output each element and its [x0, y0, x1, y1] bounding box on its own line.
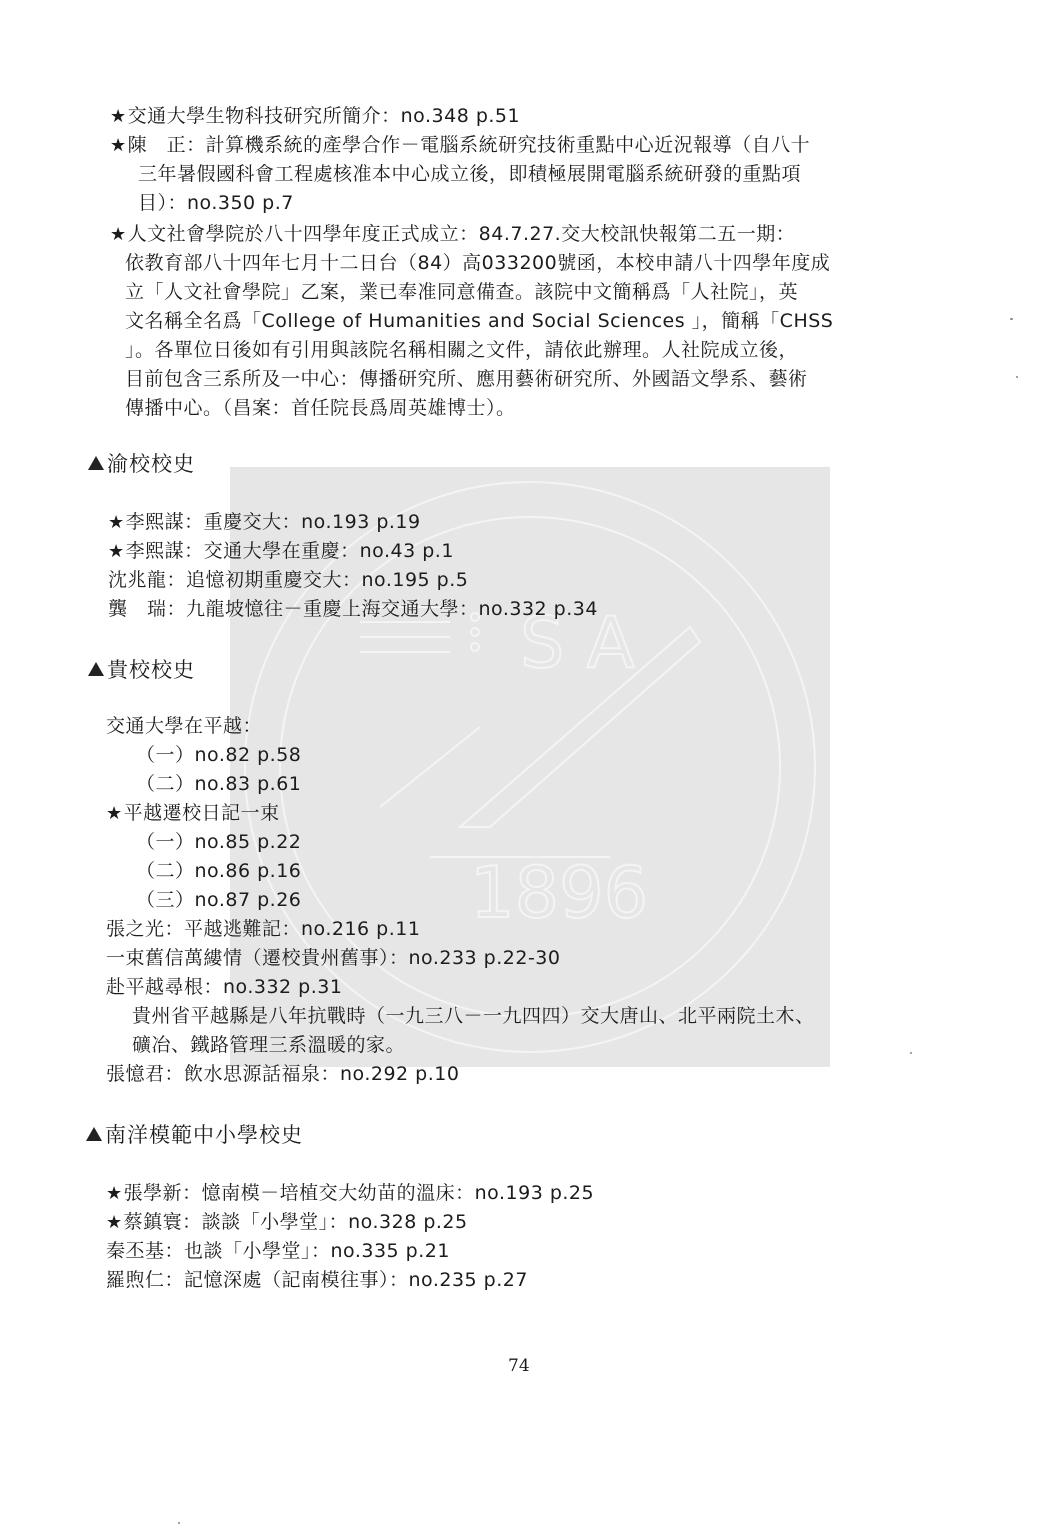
entry-biotech-institute: ★交通大學生物科技研究所簡介：no.348 p.51 [110, 104, 520, 129]
entry-continuation: 」。各單位日後如有引用與該院名稱相關之文件，請依此辦理。人社院成立後， [125, 338, 798, 362]
entry-continuation: 目）：no.350 p.7 [138, 191, 294, 215]
scan-speck [1010, 318, 1013, 320]
triangle-icon [88, 662, 104, 676]
entry-chen-zheng: ★陳 正：計算機系統的產學合作－電腦系統研究技術重點中心近況報導（自八十 [110, 133, 810, 158]
section-heading-nanyang: 南洋模範中小學校史 [86, 1122, 303, 1148]
list-item: ★李熙謀：重慶交大：no.193 p.19 [108, 510, 421, 535]
list-item-note: 貴州省平越縣是八年抗戰時（一九三八－一九四四）交大唐山、北平兩院土木、 [132, 1004, 815, 1028]
entry-continuation: 目前包含三系所及一中心：傳播研究所、應用藝術研究所、外國語文學系、藝術 [125, 367, 808, 391]
star-icon: ★ [106, 1183, 123, 1204]
entry-chss-founding: ★人文社會學院於八十四學年度正式成立：84.7.27.交大校訊快報第二五一期： [110, 222, 795, 247]
entry-continuation: 三年暑假國科會工程處核准本中心成立後，即積極展開電腦系統研發的重點項 [138, 162, 801, 186]
list-item: 交通大學在平越： [106, 714, 262, 738]
list-item: （三）no.87 p.26 [136, 888, 301, 912]
list-item-note: 礦冶、鐵路管理三系溫暖的家。 [132, 1033, 405, 1057]
entry-continuation: 立「人文社會學院」乙案，業已奉准同意備查。該院中文簡稱爲「人社院」，英 [125, 280, 798, 304]
list-item: 張憶君：飲水思源話福泉：no.292 p.10 [106, 1062, 459, 1086]
star-icon: ★ [108, 512, 125, 533]
star-icon: ★ [108, 541, 125, 562]
scan-speck [910, 1052, 912, 1054]
list-item: （二）no.83 p.61 [136, 772, 301, 796]
star-icon: ★ [106, 1212, 123, 1233]
document-page: ★交通大學生物科技研究所簡介：no.348 p.51 ★陳 正：計算機系統的產學… [0, 0, 1063, 1536]
page-number: 74 [508, 1356, 530, 1376]
star-icon: ★ [110, 106, 127, 127]
list-item: （一）no.82 p.58 [136, 743, 301, 767]
list-item: （一）no.85 p.22 [136, 830, 301, 854]
section-heading-guizhou: 貴校校史 [88, 657, 195, 683]
list-item: ★蔡鎮寰：談談「小學堂」：no.328 p.25 [106, 1210, 468, 1235]
triangle-icon [88, 456, 104, 470]
list-item: 龔 瑞：九龍坡憶往－重慶上海交通大學：no.332 p.34 [108, 597, 598, 621]
list-item: 赴平越尋根：no.332 p.31 [106, 975, 342, 999]
list-item: 秦丕基：也談「小學堂」：no.335 p.21 [106, 1239, 450, 1263]
list-item: 沈兆龍：追憶初期重慶交大：no.195 p.5 [108, 568, 468, 592]
scan-speck [178, 1522, 180, 1524]
list-item: ★張學新：憶南模－培植交大幼苗的溫床：no.193 p.25 [106, 1181, 594, 1206]
list-item: ★平越遷校日記一束 [106, 801, 280, 826]
list-item: 羅煦仁：記憶深處（記南模往事）：no.235 p.27 [106, 1268, 528, 1292]
list-item: ★李熙謀：交通大學在重慶：no.43 p.1 [108, 539, 454, 564]
entry-continuation: 依教育部八十四年七月十二日台（84）高033200號函，本校申請八十四學年度成 [125, 251, 830, 275]
triangle-icon [86, 1127, 102, 1141]
star-icon: ★ [110, 135, 127, 156]
entry-continuation: 文名稱全名爲「College of Humanities and Social … [125, 309, 833, 333]
list-item: 張之光：平越逃難記：no.216 p.11 [106, 917, 420, 941]
scan-speck [1016, 376, 1018, 378]
list-item: （二）no.86 p.16 [136, 859, 301, 883]
list-item: 一束舊信萬縷情（遷校貴州舊事）：no.233 p.22-30 [106, 946, 561, 970]
star-icon: ★ [106, 803, 123, 824]
section-heading-chongqing: 渝校校史 [88, 451, 195, 477]
star-icon: ★ [110, 224, 127, 245]
entry-continuation: 傳播中心。（昌案：首任院長爲周英雄博士）。 [125, 396, 516, 420]
